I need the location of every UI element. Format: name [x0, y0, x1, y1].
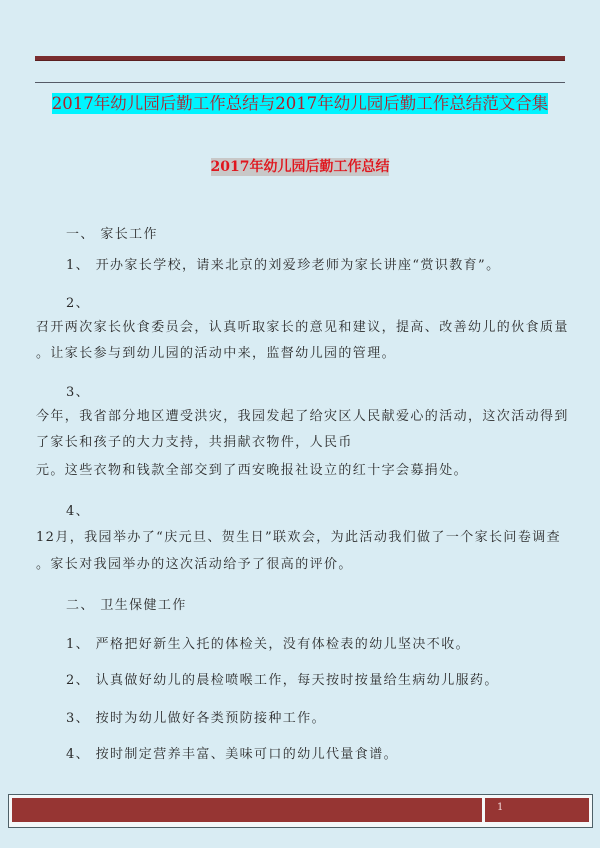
heading-health-work: 二、 卫生保健工作 — [66, 597, 187, 615]
heading-parent-work: 一、 家长工作 — [66, 226, 158, 244]
paragraph-line: 。家长对我园举办的这次活动给予了很高的评价。 — [36, 556, 353, 574]
section-title: 2017年幼儿园后勤工作总结 — [0, 157, 600, 177]
paragraph-line: 12月，我园举办了“庆元旦、贺生日”联欢会，为此活动我们做了一个家长问卷调查 — [36, 529, 561, 547]
page-footer: 1 — [8, 794, 593, 828]
paragraph-line: 召开两次家长伙食委员会，认真听取家长的意见和建议，提高、改善幼儿的伙食质量 — [36, 319, 569, 337]
document-title: 2017年幼儿园后勤工作总结与2017年幼儿园后勤工作总结范文合集 — [0, 93, 600, 115]
paragraph-line: 2、 认真做好幼儿的晨检喷喉工作，每天按时按量给生病幼儿服药。 — [66, 672, 499, 690]
paragraph-line: 今年，我省部分地区遭受洪灾，我园发起了给灾区人民献爱心的活动，这次活动得到 — [36, 408, 569, 426]
paragraph-line: 元。这些衣物和钱款全部交到了西安晚报社设立的红十字会募捐处。 — [36, 462, 468, 480]
list-number: 2、 — [66, 295, 90, 313]
document-title-text: 2017年幼儿园后勤工作总结与2017年幼儿园后勤工作总结范文合集 — [52, 93, 548, 114]
footer-bar-right: 1 — [485, 798, 589, 822]
paragraph-line: 4、 按时制定营养丰富、美味可口的幼儿代量食谱。 — [66, 746, 398, 764]
paragraph-line: 了家长和孩子的大力支持，共捐献衣物件，人民币 — [36, 434, 353, 452]
section-title-text: 2017年幼儿园后勤工作总结 — [211, 158, 390, 176]
paragraph-line: 。让家长参与到幼儿园的活动中来，监督幼儿园的管理。 — [36, 345, 396, 363]
paragraph-line: 3、 按时为幼儿做好各类预防接种工作。 — [66, 710, 326, 728]
paragraph-line: 1、 严格把好新生入托的体检关，没有体检表的幼儿坚决不收。 — [66, 636, 470, 654]
footer-bar-left — [12, 798, 482, 822]
list-number: 4、 — [66, 503, 90, 521]
header-rule-thick — [35, 56, 565, 61]
page-number: 1 — [497, 802, 503, 813]
list-number: 3、 — [66, 384, 90, 402]
paragraph-line: 1、 开办家长学校，请来北京的刘爱珍老师为家长讲座“赏识教育”。 — [66, 257, 501, 275]
header-rule-thin — [35, 82, 565, 83]
